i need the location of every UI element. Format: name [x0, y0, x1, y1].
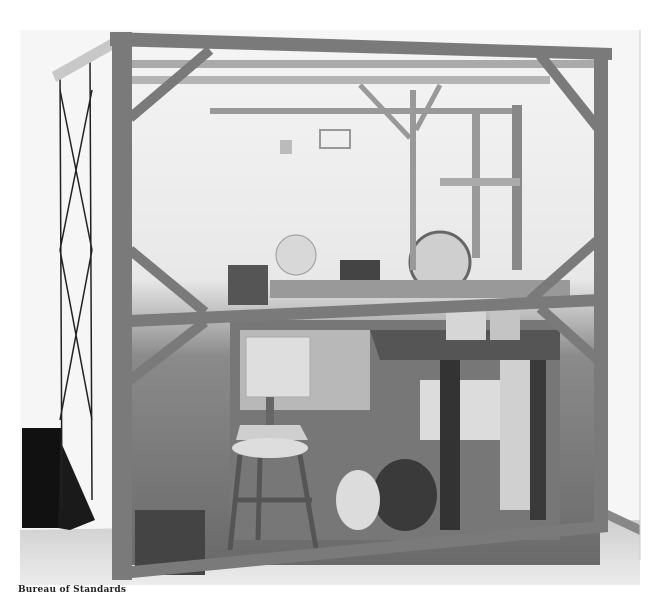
- photo-caption: Bureau of Standards: [18, 585, 126, 595]
- lamp-cylinder: [246, 337, 310, 397]
- photograph: [0, 0, 664, 600]
- spherical-instrument: [276, 235, 316, 275]
- stool-top: [232, 438, 308, 458]
- dark-corner: [22, 428, 62, 528]
- floor-drum: [373, 459, 437, 531]
